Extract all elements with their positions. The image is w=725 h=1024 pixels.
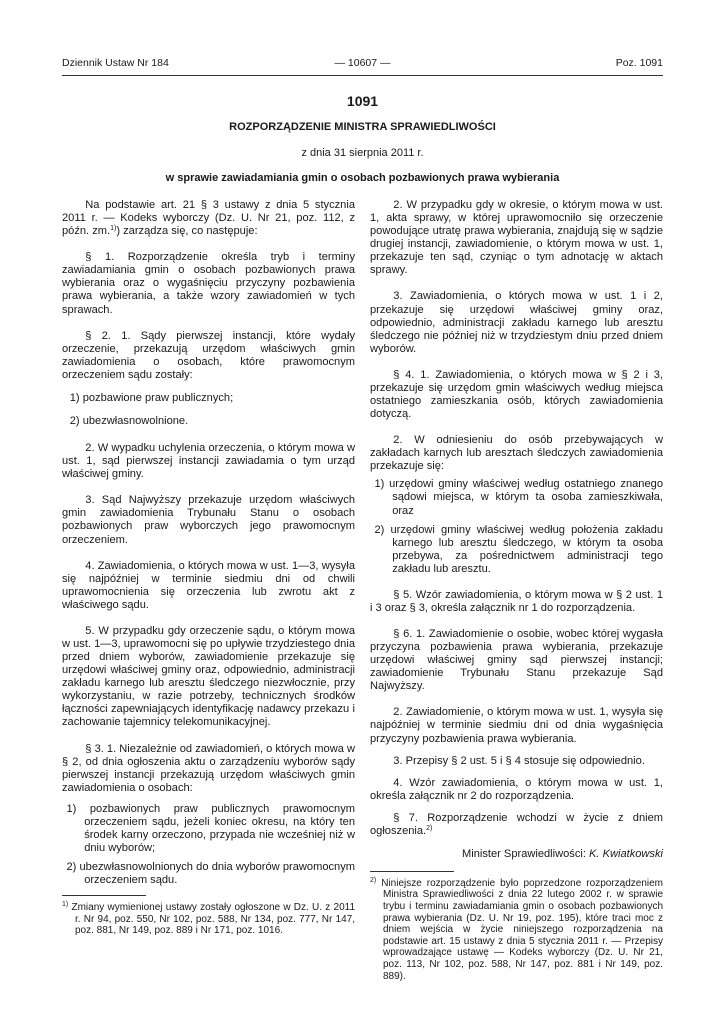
footnote-mark: 1) [62,901,68,908]
section-3-par-3: 3. Zawiadomienia, o których mowa w ust. … [370,290,663,355]
footnote-2: 2) Niniejsze rozporządzenie było poprzed… [370,878,663,982]
footnote-ref-2: 2) [426,825,432,832]
list-item: 2) ubezwłasnowolnione. [62,415,355,428]
signature-role: Minister Sprawiedliwości: [462,848,589,860]
section-2-par-2: 2. W wypadku uchylenia orzeczenia, o któ… [62,442,355,481]
section-6-par-3: 3. Przepisy § 2 ust. 5 i § 4 stosuje się… [370,755,663,768]
list-item: 2) ubezwłasnowolnionych do dnia wyborów … [62,861,355,887]
section-6-par-2: 2. Zawiadomienie, o którym mowa w ust. 1… [370,706,663,745]
section-3-par-2: 2. W przypadku gdy w okresie, o którym m… [370,199,663,277]
footnote-text: Niniejsze rozporządzenie było poprzedzon… [381,878,663,982]
section-2-par-4: 4. Zawiadomienia, o których mowa w ust. … [62,560,355,612]
section-3-par-1: § 3. 1. Niezależnie od zawiadomień, o kt… [62,743,355,795]
act-number: 1091 [62,92,663,110]
act-date: z dnia 31 sierpnia 2011 r. [62,146,663,160]
position-number: Poz. 1091 [616,57,663,69]
footnote-1: 1) Zmiany wymienionej ustawy zostały ogł… [62,902,355,937]
section-4-par-1: § 4. 1. Zawiadomienia, o których mowa w … [370,369,663,421]
list-item: 1) pozbawionych praw publicznych prawomo… [62,803,355,855]
header-divider [62,75,663,76]
section-7-text: § 7. Rozporządzenie wchodzi w życie z dn… [370,812,663,837]
act-subject: w sprawie zawiadamiania gmin o osobach p… [62,171,663,185]
running-header: Dziennik Ustaw Nr 184 — 10607 — Poz. 109… [62,57,663,75]
right-column: 2. W przypadku gdy w okresie, o którym m… [370,199,663,982]
section-4-par-2: 2. W odniesieniu do osób przebywających … [370,434,663,473]
section-7: § 7. Rozporządzenie wchodzi w życie z dn… [370,812,663,838]
section-2-par-3: 3. Sąd Najwyższy przekazuje urzędom właś… [62,494,355,546]
section-2-par-5: 5. W przypadku gdy orzeczenie sądu, o kt… [62,625,355,729]
section-2-par-1: § 2. 1. Sądy pierwszej instancji, które … [62,330,355,382]
signature: Minister Sprawiedliwości: K. Kwiatkowski [370,848,663,861]
left-column: Na podstawie art. 21 § 3 ustawy z dnia 5… [62,199,355,937]
list-item: 1) pozbawione praw publicznych; [62,392,355,405]
list-item: 2) urzędowi gminy właściwej według położ… [370,524,663,576]
section-6-par-1: § 6. 1. Zawiadomienie o osobie, wobec kt… [370,628,663,693]
page-number: — 10607 — [62,57,663,69]
footnote-text: Zmiany wymienionej ustawy zostały ogłosz… [71,902,355,936]
preamble-text-end: ) zarządza się, co następuje: [116,225,257,237]
section-6-par-4: 4. Wzór zawiadomienia, o którym mowa w u… [370,777,663,803]
act-type: ROZPORZĄDZENIE MINISTRA SPRAWIEDLIWOŚCI [62,120,663,134]
footnote-divider [370,871,454,872]
footnote-mark: 2) [370,877,376,884]
act-heading: 1091 ROZPORZĄDZENIE MINISTRA SPRAWIEDLIW… [62,92,663,185]
signature-name: K. Kwiatkowski [589,848,663,860]
list-item: 1) urzędowi gminy właściwej według ostat… [370,478,663,517]
footnote-divider [62,895,146,896]
section-1: § 1. Rozporządzenie określa tryb i termi… [62,251,355,316]
preamble: Na podstawie art. 21 § 3 ustawy z dnia 5… [62,199,355,238]
section-5: § 5. Wzór zawiadomienia, o którym mowa w… [370,589,663,615]
